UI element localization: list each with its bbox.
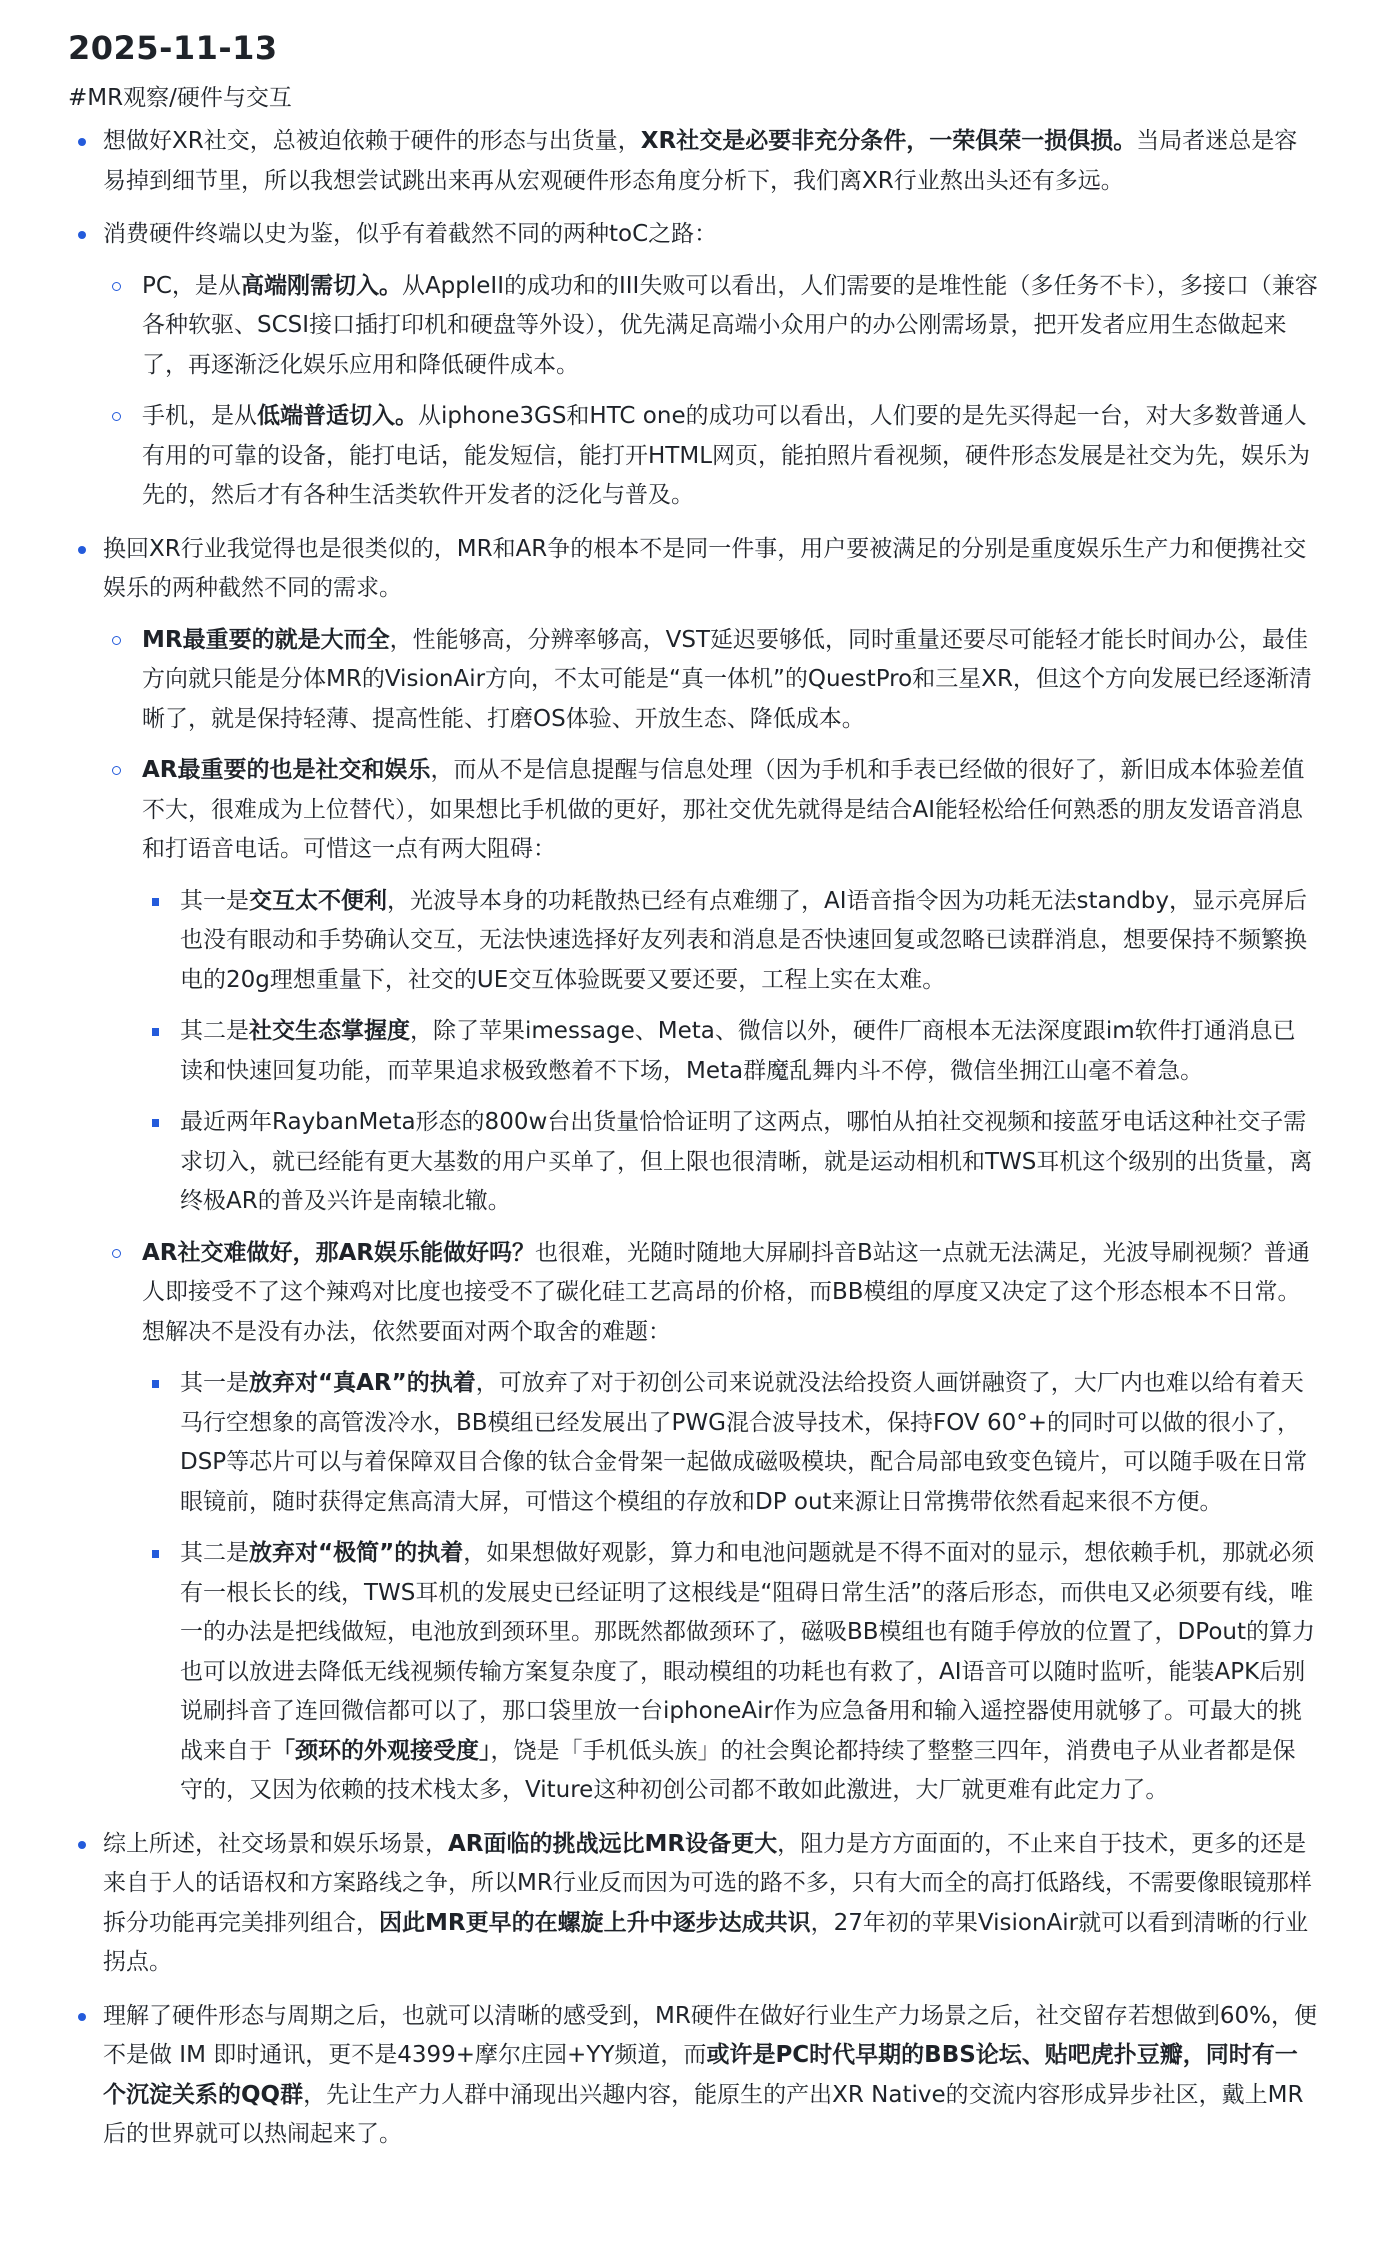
list-item: PC，是从高端刚需切入。从AppleII的成功和的III失败可以看出，人们需要的… <box>103 267 1318 386</box>
sub-list: MR最重要的就是大而全，性能够高，分辨率够高，VST延迟要够低，同时重量还要尽可… <box>103 621 1318 1811</box>
sub-sub-list: 其一是放弃对“真AR”的执着，可放弃了对于初创公司来说就没法给投资人画饼融资了，… <box>142 1364 1318 1811</box>
sub-sub-list: 其一是交互太不便利，光波导本身的功耗散热已经有点难绷了，AI语音指令因为功耗无法… <box>142 882 1318 1222</box>
list-item: 其一是放弃对“真AR”的执着，可放弃了对于初创公司来说就没法给投资人画饼融资了，… <box>142 1364 1318 1522</box>
page-title: 2025-11-13 <box>68 24 1318 72</box>
list-item: AR最重要的也是社交和娱乐，而从不是信息提醒与信息处理（因为手机和手表已经做的很… <box>103 751 1318 1222</box>
list-item: 手机，是从低端普适切入。从iphone3GS和HTC one的成功可以看出，人们… <box>103 397 1318 516</box>
tag-label[interactable]: #MR观察/硬件与交互 <box>68 80 1318 116</box>
list-item: 消费硬件终端以史为鉴，似乎有着截然不同的两种toC之路： PC，是从高端刚需切入… <box>68 215 1318 516</box>
sub-list: PC，是从高端刚需切入。从AppleII的成功和的III失败可以看出，人们需要的… <box>103 267 1318 516</box>
list-item: 最近两年RaybanMeta形态的800w台出货量恰恰证明了这两点，哪怕从拍社交… <box>142 1103 1318 1222</box>
list-item: MR最重要的就是大而全，性能够高，分辨率够高，VST延迟要够低，同时重量还要尽可… <box>103 621 1318 740</box>
list-item: 其一是交互太不便利，光波导本身的功耗散热已经有点难绷了，AI语音指令因为功耗无法… <box>142 882 1318 1001</box>
bullet-list: 想做好XR社交，总被迫依赖于硬件的形态与出货量，XR社交是必要非充分条件，一荣俱… <box>68 122 1318 2155</box>
list-item: 换回XR行业我觉得也是很类似的，MR和AR争的根本不是同一件事，用户要被满足的分… <box>68 530 1318 1811</box>
list-item: AR社交难做好，那AR娱乐能做好吗？也很难，光随时随地大屏刷抖音B站这一点就无法… <box>103 1234 1318 1811</box>
list-item: 其二是社交生态掌握度，除了苹果imessage、Meta、微信以外，硬件厂商根本… <box>142 1012 1318 1091</box>
list-item: 综上所述，社交场景和娱乐场景，AR面临的挑战远比MR设备更大，阻力是方方面面的，… <box>68 1825 1318 1983</box>
list-item: 其二是放弃对“极简”的执着，如果想做好观影，算力和电池问题就是不得不面对的显示，… <box>142 1534 1318 1811</box>
document: 2025-11-13 #MR观察/硬件与交互 想做好XR社交，总被迫依赖于硬件的… <box>0 0 1318 2155</box>
list-item: 理解了硬件形态与周期之后，也就可以清晰的感受到，MR硬件在做好行业生产力场景之后… <box>68 1997 1318 2155</box>
list-item: 想做好XR社交，总被迫依赖于硬件的形态与出货量，XR社交是必要非充分条件，一荣俱… <box>68 122 1318 201</box>
